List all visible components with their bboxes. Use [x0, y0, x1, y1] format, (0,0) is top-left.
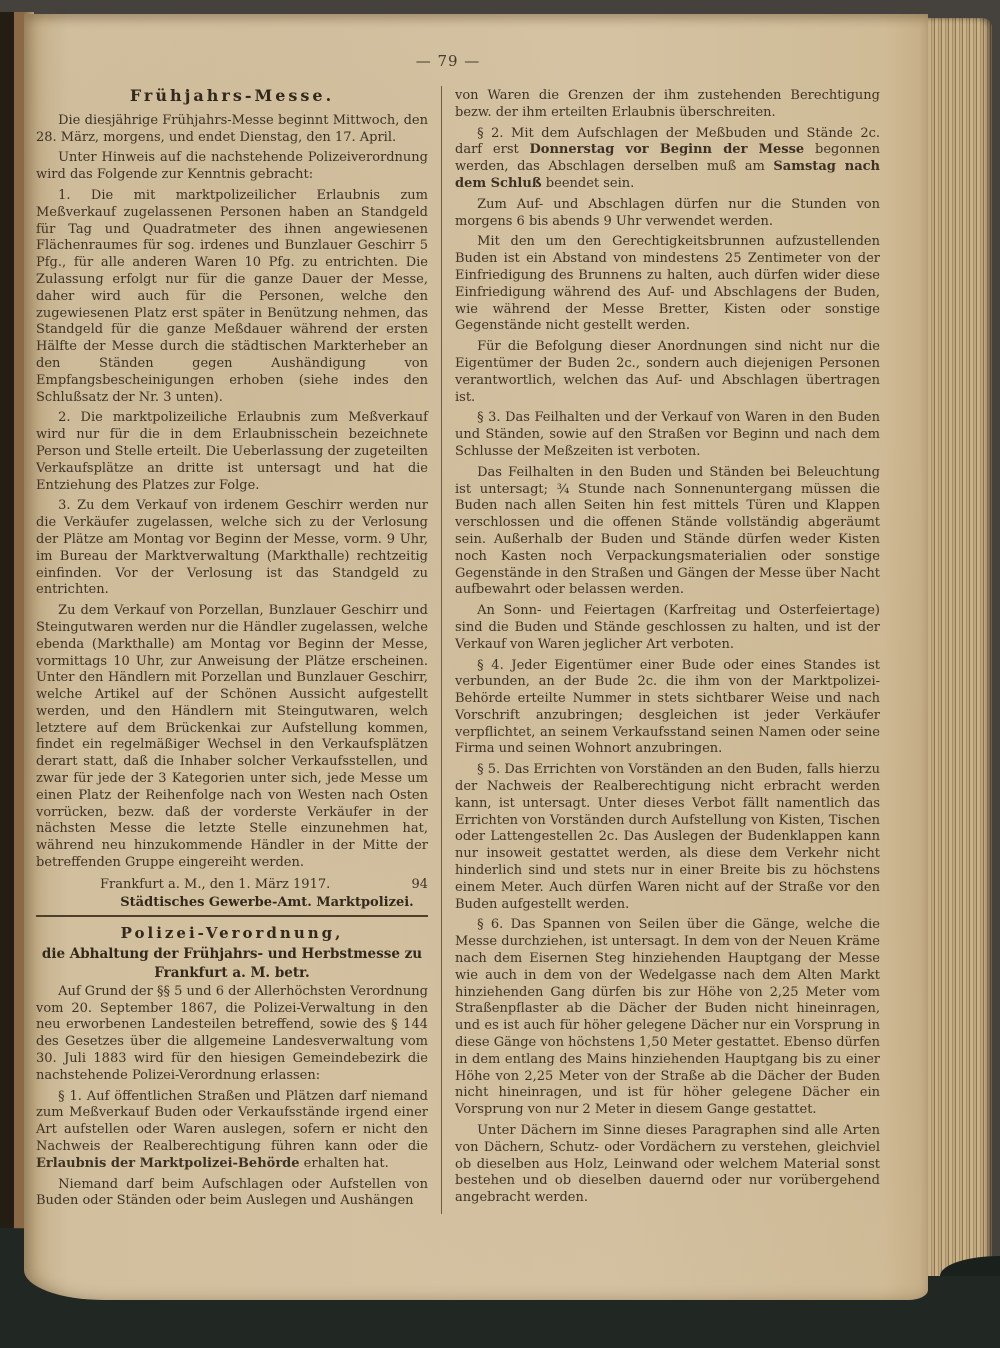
ordinance-section-1-continued: Niemand darf beim Aufschlagen oder Aufst… — [36, 1177, 428, 1211]
ordinance-title: Polizei-Verordnung, — [36, 925, 428, 942]
ordinance-section-6: § 6. Das Spannen von Seilen über die Gän… — [455, 917, 880, 1119]
paragraph-item-3: 3. Zu dem Verkauf von irdenem Geschirr w… — [36, 498, 428, 599]
ordinance-section-2: § 2. Mit dem Aufschlagen der Meßbuden un… — [455, 126, 880, 193]
signature-office: Städtisches Gewerbe-Amt. Marktpolizei. — [36, 895, 428, 912]
ordinance-intro: Auf Grund der §§ 5 und 6 der Allerhöchst… — [36, 984, 428, 1085]
page-stack-edge — [928, 18, 992, 1286]
signature-place-date: Frankfurt a. M., den 1. März 1917. — [100, 877, 330, 894]
paragraph-notice: Unter Hinweis auf die nachstehende Poliz… — [36, 150, 428, 184]
right-column: von Waren die Grenzen der ihm zustehende… — [442, 86, 880, 1214]
ordinance-section-2b: Zum Auf- und Abschlagen dürfen nur die S… — [455, 197, 880, 231]
ordinance-section-2c: Mit den um den Gerechtigkeitsbrunnen auf… — [455, 234, 880, 335]
text-columns: Frühjahrs-Messe. Die diesjährige Frühjah… — [36, 86, 880, 1214]
paragraph-item-2: 2. Die marktpolizeiliche Erlaubnis zum M… — [36, 410, 428, 494]
paragraph-intro-dates: Die diesjährige Frühjahrs-Messe beginnt … — [36, 113, 428, 147]
paragraph-item-1: 1. Die mit marktpolizeilicher Erlaubnis … — [36, 188, 428, 406]
left-column: Frühjahrs-Messe. Die diesjährige Frühjah… — [36, 86, 442, 1214]
section-divider-rule — [36, 915, 428, 917]
ordinance-subtitle-line1: die Abhaltung der Frühjahrs- und Herbstm… — [36, 946, 428, 963]
ordinance-subtitle-line2: Frankfurt a. M. betr. — [36, 965, 428, 982]
ordinance-section-3c: An Sonn- und Feiertagen (Karfreitag und … — [455, 603, 880, 653]
ordinance-section-1: § 1. Auf öffentlichen Straßen und Plätze… — [36, 1089, 428, 1173]
ordinance-section-4: § 4. Jeder Eigentümer einer Bude oder ei… — [455, 658, 880, 759]
ordinance-section-3b: Das Feilhalten in den Buden und Ständen … — [455, 465, 880, 599]
paragraph-continuation: von Waren die Grenzen der ihm zustehende… — [455, 88, 880, 122]
book-page: — 79 — Frühjahrs-Messe. Die diesjährige … — [24, 14, 928, 1300]
ordinance-section-6b: Unter Dächern im Sinne dieses Paragraphe… — [455, 1123, 880, 1207]
ordinance-section-2d: Für die Befolgung dieser Anordnungen sin… — [455, 339, 880, 406]
ordinance-section-5: § 5. Das Errichten von Vorständen an den… — [455, 762, 880, 913]
article-title: Frühjahrs-Messe. — [36, 88, 428, 105]
page-number: — 79 — — [16, 52, 880, 70]
paragraph-item-3b: Zu dem Verkauf von Porzellan, Bunzlauer … — [36, 603, 428, 872]
ordinance-section-3: § 3. Das Feilhalten und der Verkauf von … — [455, 410, 880, 460]
ordinance-number: 94 — [411, 877, 428, 894]
signature-row: Frankfurt a. M., den 1. März 1917. 94 — [36, 877, 428, 894]
